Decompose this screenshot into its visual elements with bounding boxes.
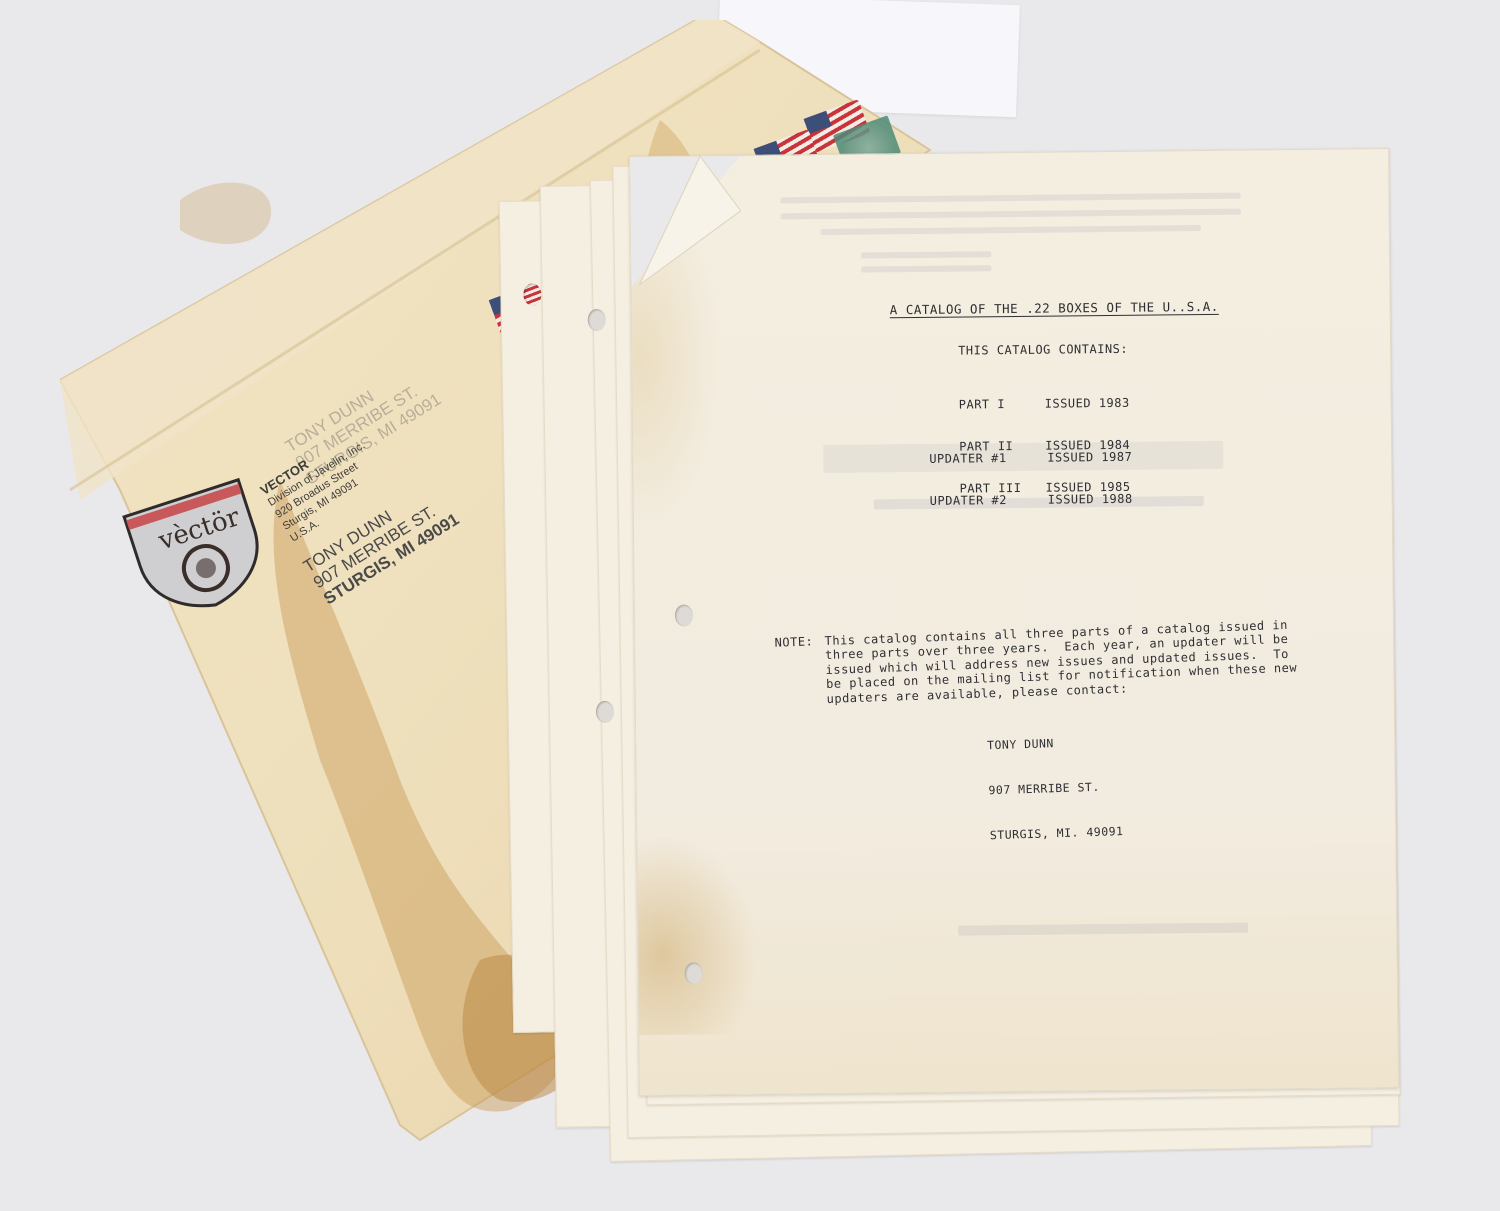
binder-hole [523,283,541,305]
contact-name: TONY DUNN [987,734,1121,753]
note-body: This catalog contains all three parts of… [824,617,1297,706]
part-row: PART IISSUED 1983 [959,396,1130,412]
binder-hole [685,962,703,984]
contact-address: TONY DUNN 907 MERRIBE ST. STURGIS, MI. 4… [986,704,1125,873]
catalog-cover-page: A CATALOG OF THE .22 BOXES OF THE U..S.A… [629,148,1399,1096]
updater-row: UPDATER #1ISSUED 1987 [929,450,1132,466]
binder-hole [596,701,614,723]
note-label: NOTE: [774,634,824,650]
folded-corner [630,156,741,287]
binder-hole [588,309,606,331]
updaters-list: UPDATER #1ISSUED 1987 UPDATER #2ISSUED 1… [929,422,1133,536]
updater-row: UPDATER #2ISSUED 1988 [930,492,1133,508]
note-paragraph: NOTE:This catalog contains all three par… [743,603,1298,724]
contact-city: STURGIS, MI. 49091 [990,824,1124,843]
contains-label: THIS CATALOG CONTAINS: [958,342,1128,358]
contact-street: 907 MERRIBE ST. [988,779,1122,798]
catalog-title: A CATALOG OF THE .22 BOXES OF THE U..S.A… [890,299,1219,317]
binder-hole [675,604,693,626]
water-stain [637,834,759,1035]
